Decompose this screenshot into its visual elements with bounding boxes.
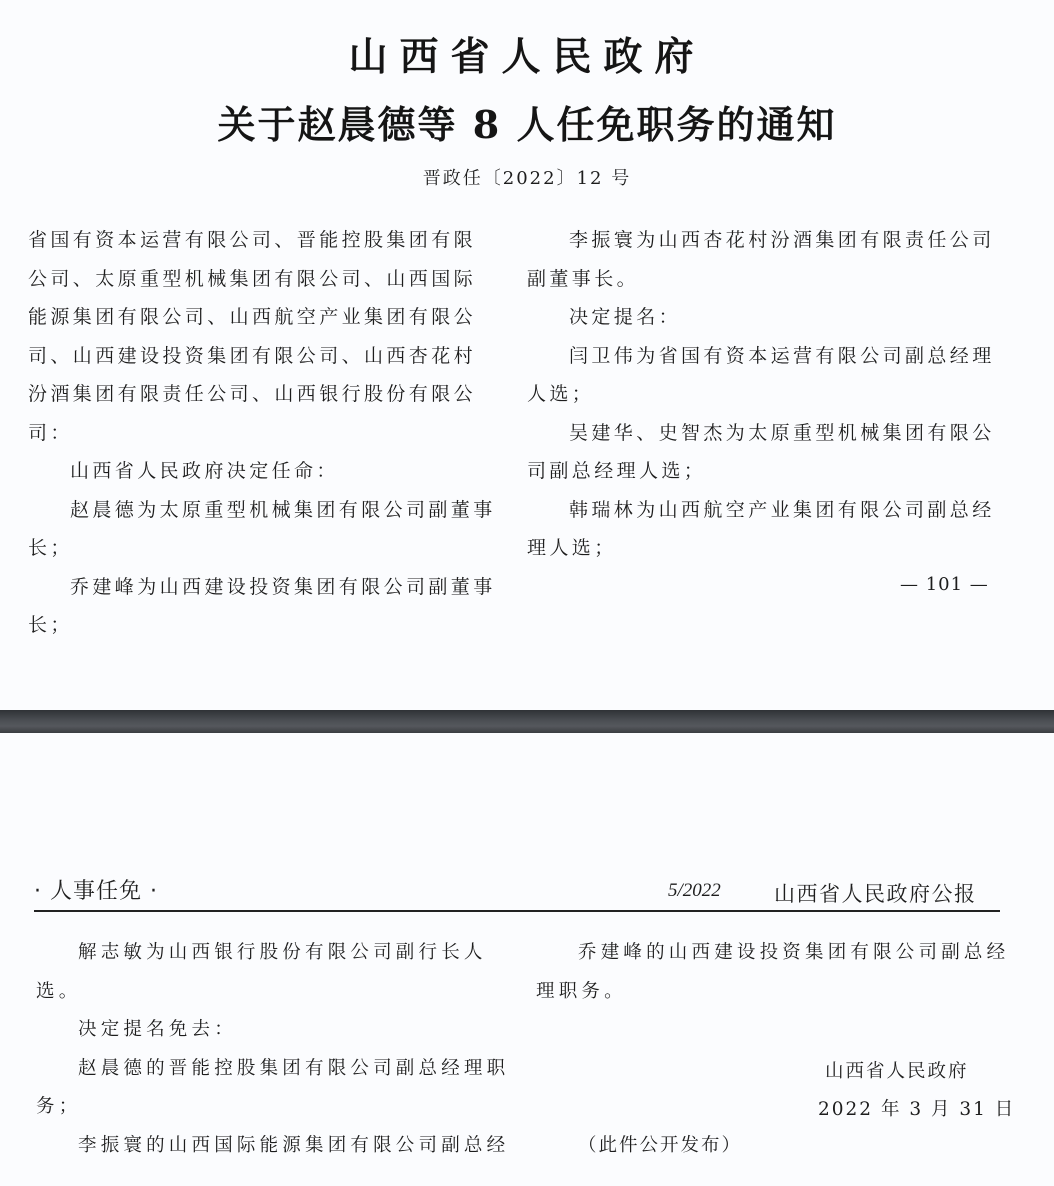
header-rule — [34, 910, 1000, 912]
paragraph: 山西省人民政府决定任命： — [28, 452, 498, 491]
paragraph: 赵晨德的晋能控股集团有限公司副总经理职务； — [36, 1050, 516, 1127]
page-divider — [0, 710, 1054, 733]
document-page-top: 山西省人民政府 关于赵晨德等 8 人任免职务的通知 晋政任〔2022〕12 号 … — [0, 0, 1054, 710]
document-title-issuer: 山西省人民政府 — [0, 26, 1054, 82]
paragraph: 解志敏为山西银行股份有限公司副行长人选。 — [36, 934, 516, 1011]
bottom-left-column: 解志敏为山西银行股份有限公司副行长人选。 决定提名免去： 赵晨德的晋能控股集团有… — [36, 934, 516, 1165]
paragraph: 赵晨德为太原重型机械集团有限公司副董事长； — [28, 491, 498, 568]
journal-name: 山西省人民政府公报 — [774, 878, 977, 908]
paragraph: 韩瑞林为山西航空产业集团有限公司副总经理人选； — [527, 491, 997, 568]
paragraph: 李振寰为山西杏花村汾酒集团有限责任公司副董事长。 — [527, 221, 997, 298]
paragraph: 决定提名： — [527, 298, 997, 337]
journal-issue: 5/2022 — [668, 880, 721, 902]
bottom-right-column: 乔建峰的山西建设投资集团有限公司副总经理职务。 — [536, 934, 1016, 1011]
paragraph: 闫卫伟为省国有资本运营有限公司副总经理人选； — [527, 337, 997, 414]
signer: 山西省人民政府 — [825, 1057, 969, 1083]
addressee-paragraph: 省国有资本运营有限公司、晋能控股集团有限公司、太原重型机械集团有限公司、山西国际… — [28, 221, 498, 452]
paragraph: 决定提名免去： — [36, 1011, 516, 1050]
paragraph: 吴建华、史智杰为太原重型机械集团有限公司副总经理人选； — [527, 414, 997, 491]
top-right-column: 李振寰为山西杏花村汾酒集团有限责任公司副董事长。 决定提名： 闫卫伟为省国有资本… — [527, 221, 997, 568]
paragraph: 李振寰的山西国际能源集团有限公司副总经 — [36, 1127, 516, 1166]
sign-date: 2022 年 3 月 31 日 — [818, 1095, 1015, 1121]
page-number: — 101 — — [900, 574, 989, 595]
document-number: 晋政任〔2022〕12 号 — [0, 164, 1054, 190]
paragraph: 乔建峰的山西建设投资集团有限公司副总经理职务。 — [536, 934, 1016, 1011]
section-label: · 人事任免 · — [34, 874, 158, 905]
publish-note: （此件公开发布） — [578, 1131, 742, 1157]
paragraph: 乔建峰为山西建设投资集团有限公司副董事长； — [28, 568, 498, 645]
top-left-column: 省国有资本运营有限公司、晋能控股集团有限公司、太原重型机械集团有限公司、山西国际… — [28, 221, 498, 645]
document-title-subject: 关于赵晨德等 8 人任免职务的通知 — [0, 94, 1054, 149]
